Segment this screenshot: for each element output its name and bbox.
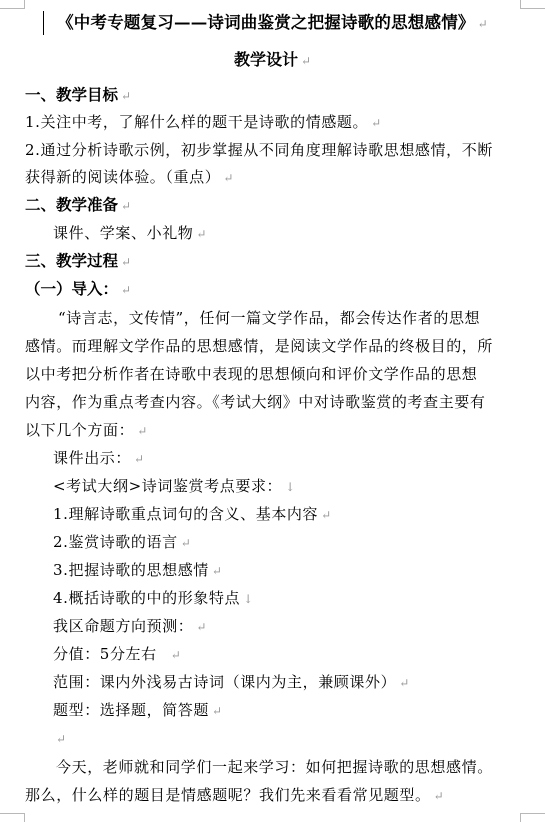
paragraph-mark-icon: ↵ <box>196 620 207 634</box>
page-corner-marker <box>520 0 545 9</box>
paragraph-mark-icon: ↵ <box>137 424 148 438</box>
page-corner-marker <box>0 0 25 9</box>
paragraph-mark-icon: ↵ <box>181 536 192 550</box>
paragraph-mark-icon: ↵ <box>399 676 410 690</box>
prediction-label[interactable]: 我区命题方向预测：↵ <box>53 616 207 637</box>
paragraph-mark-icon: ↵ <box>121 89 131 103</box>
document-subtitle[interactable]: 教学设计↵ <box>0 50 545 71</box>
paragraph-mark-icon: ↵ <box>371 116 382 130</box>
subheading-intro[interactable]: （一）导入：↵ <box>25 279 131 300</box>
goal-item[interactable]: 1.关注中考，了解什么样的题干是诗歌的情感题。↵ <box>25 112 382 133</box>
paragraph-mark-icon: ↵ <box>196 227 207 241</box>
paragraph-mark-icon: ↵ <box>134 452 145 466</box>
paragraph-mark-icon: ↵ <box>121 199 131 213</box>
closing-paragraph-line[interactable]: 那么，什么样的题目是情感题呢？我们先来看看常见题型。↵ <box>25 785 444 806</box>
paragraph-mark-icon: ↵ <box>212 564 223 578</box>
empty-paragraph[interactable]: ↵ <box>56 728 67 749</box>
closing-paragraph-line[interactable]: 今天，老师就和同学们一起来学习：如何把握诗歌的思想感情。 <box>56 757 493 777</box>
score-line[interactable]: 分值：5分左右↵ <box>53 644 181 665</box>
requirement-item[interactable]: 4.概括诗歌的中的形象特点↓ <box>53 588 254 609</box>
paragraph-mark-icon: ↵ <box>121 255 131 269</box>
goal-item[interactable]: 2.通过分析诗歌示例，初步掌握从不同角度理解诗歌思想感情，不断 <box>25 140 493 160</box>
paragraph-mark-icon: ↵ <box>434 789 445 803</box>
page-corner-marker <box>0 813 25 822</box>
preparation-content[interactable]: 课件、学案、小礼物↵ <box>53 223 207 244</box>
intro-paragraph-line[interactable]: “诗言志，文传情”，任何一篇文学作品，都会传达作者的思想 <box>58 308 480 328</box>
line-break-mark-icon: ↓ <box>285 480 296 494</box>
scope-line[interactable]: 范围：课内外浅易古诗词（课内为主，兼顾课外）↵ <box>53 672 410 693</box>
requirement-item[interactable]: 2.鉴赏诗歌的语言↵ <box>53 532 191 553</box>
intro-paragraph-line[interactable]: 以中考把分析作者在诗歌中表现的思想倾向和评价文学作品的思想 <box>25 364 477 384</box>
outline-title[interactable]: <考试大纲>诗词鉴赏考点要求：↓ <box>53 476 296 497</box>
paragraph-mark-icon: ↵ <box>121 283 131 297</box>
question-type-line[interactable]: 题型：选择题，简答题↵ <box>53 700 223 721</box>
intro-paragraph-line[interactable]: 以下几个方面：↵ <box>25 420 148 441</box>
section-heading-process[interactable]: 三、教学过程↵ <box>25 251 131 272</box>
paragraph-mark-icon: ↵ <box>478 17 488 31</box>
intro-paragraph-line[interactable]: 内容，作为重点考查内容。《考试大纲》中对诗歌鉴赏的考查主要有 <box>25 392 486 412</box>
intro-paragraph-line[interactable]: 感情。而理解文学作品的思想感情，是阅读文学作品的终极目的，所 <box>25 336 493 356</box>
goal-item-continued[interactable]: 获得新的阅读体验。（重点）↵ <box>25 167 234 188</box>
paragraph-mark-icon: ↵ <box>171 648 182 662</box>
section-heading-goals[interactable]: 一、教学目标↵ <box>25 85 131 106</box>
requirement-item[interactable]: 1.理解诗歌重点词句的含义、基本内容↵ <box>53 504 332 525</box>
paragraph-mark-icon: ↵ <box>223 171 234 185</box>
paragraph-mark-icon: ↵ <box>56 732 67 746</box>
paragraph-mark-icon: ↵ <box>301 54 311 68</box>
courseware-label[interactable]: 课件出示：↵ <box>53 448 145 469</box>
document-page: 《中考专题复习——诗词曲鉴赏之把握诗歌的思想感情》↵ 教学设计↵ 一、教学目标↵… <box>0 0 545 822</box>
line-break-mark-icon: ↓ <box>243 592 254 606</box>
paragraph-mark-icon: ↵ <box>321 508 332 522</box>
page-corner-marker <box>520 813 545 822</box>
document-title[interactable]: 《中考专题复习——诗词曲鉴赏之把握诗歌的思想感情》↵ <box>0 13 545 34</box>
paragraph-mark-icon: ↵ <box>212 704 223 718</box>
requirement-item[interactable]: 3.把握诗歌的思想感情↵ <box>53 560 223 581</box>
section-heading-preparation[interactable]: 二、教学准备↵ <box>25 195 131 216</box>
